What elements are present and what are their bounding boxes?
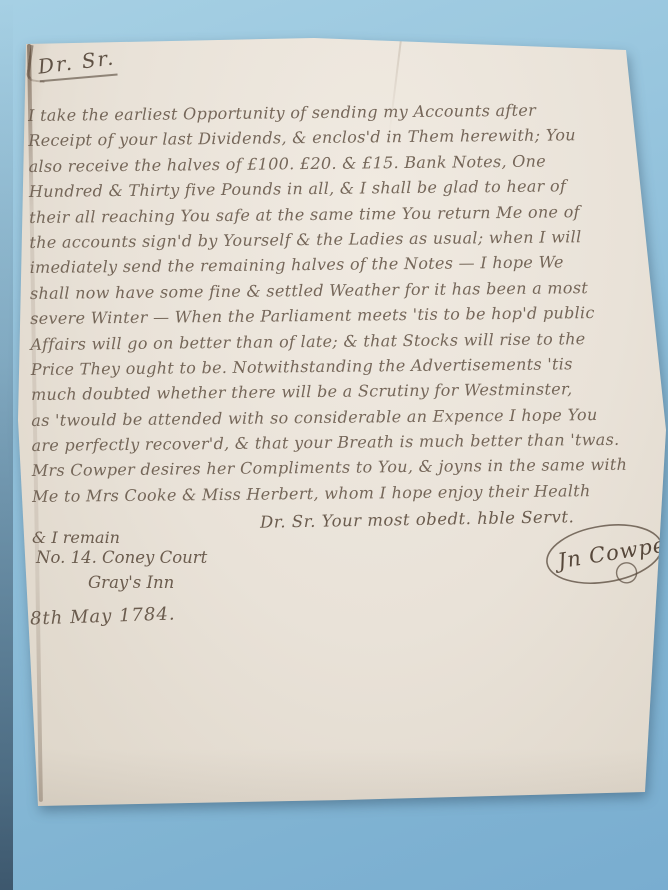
photo-background: Dr. Sr. I take the earliest Opportunity …	[0, 0, 668, 890]
backdrop-edge-shadow	[0, 0, 13, 890]
address-line-1: No. 14. Coney Court	[36, 548, 207, 567]
closing-formula: Dr. Sr. Your most obedt. hble Servt.	[260, 507, 575, 531]
address-line-2: Gray's Inn	[88, 573, 207, 592]
date-line: 8th May 1784.	[30, 603, 176, 629]
address-block: No. 14. Coney Court Gray's Inn	[36, 548, 207, 592]
closing-remain: & I remain	[32, 528, 120, 547]
letter-paper-wrap: Dr. Sr. I take the earliest Opportunity …	[14, 36, 668, 810]
letter-body: I take the earliest Opportunity of sendi…	[28, 99, 668, 512]
letter-paper: Dr. Sr. I take the earliest Opportunity …	[14, 36, 668, 810]
